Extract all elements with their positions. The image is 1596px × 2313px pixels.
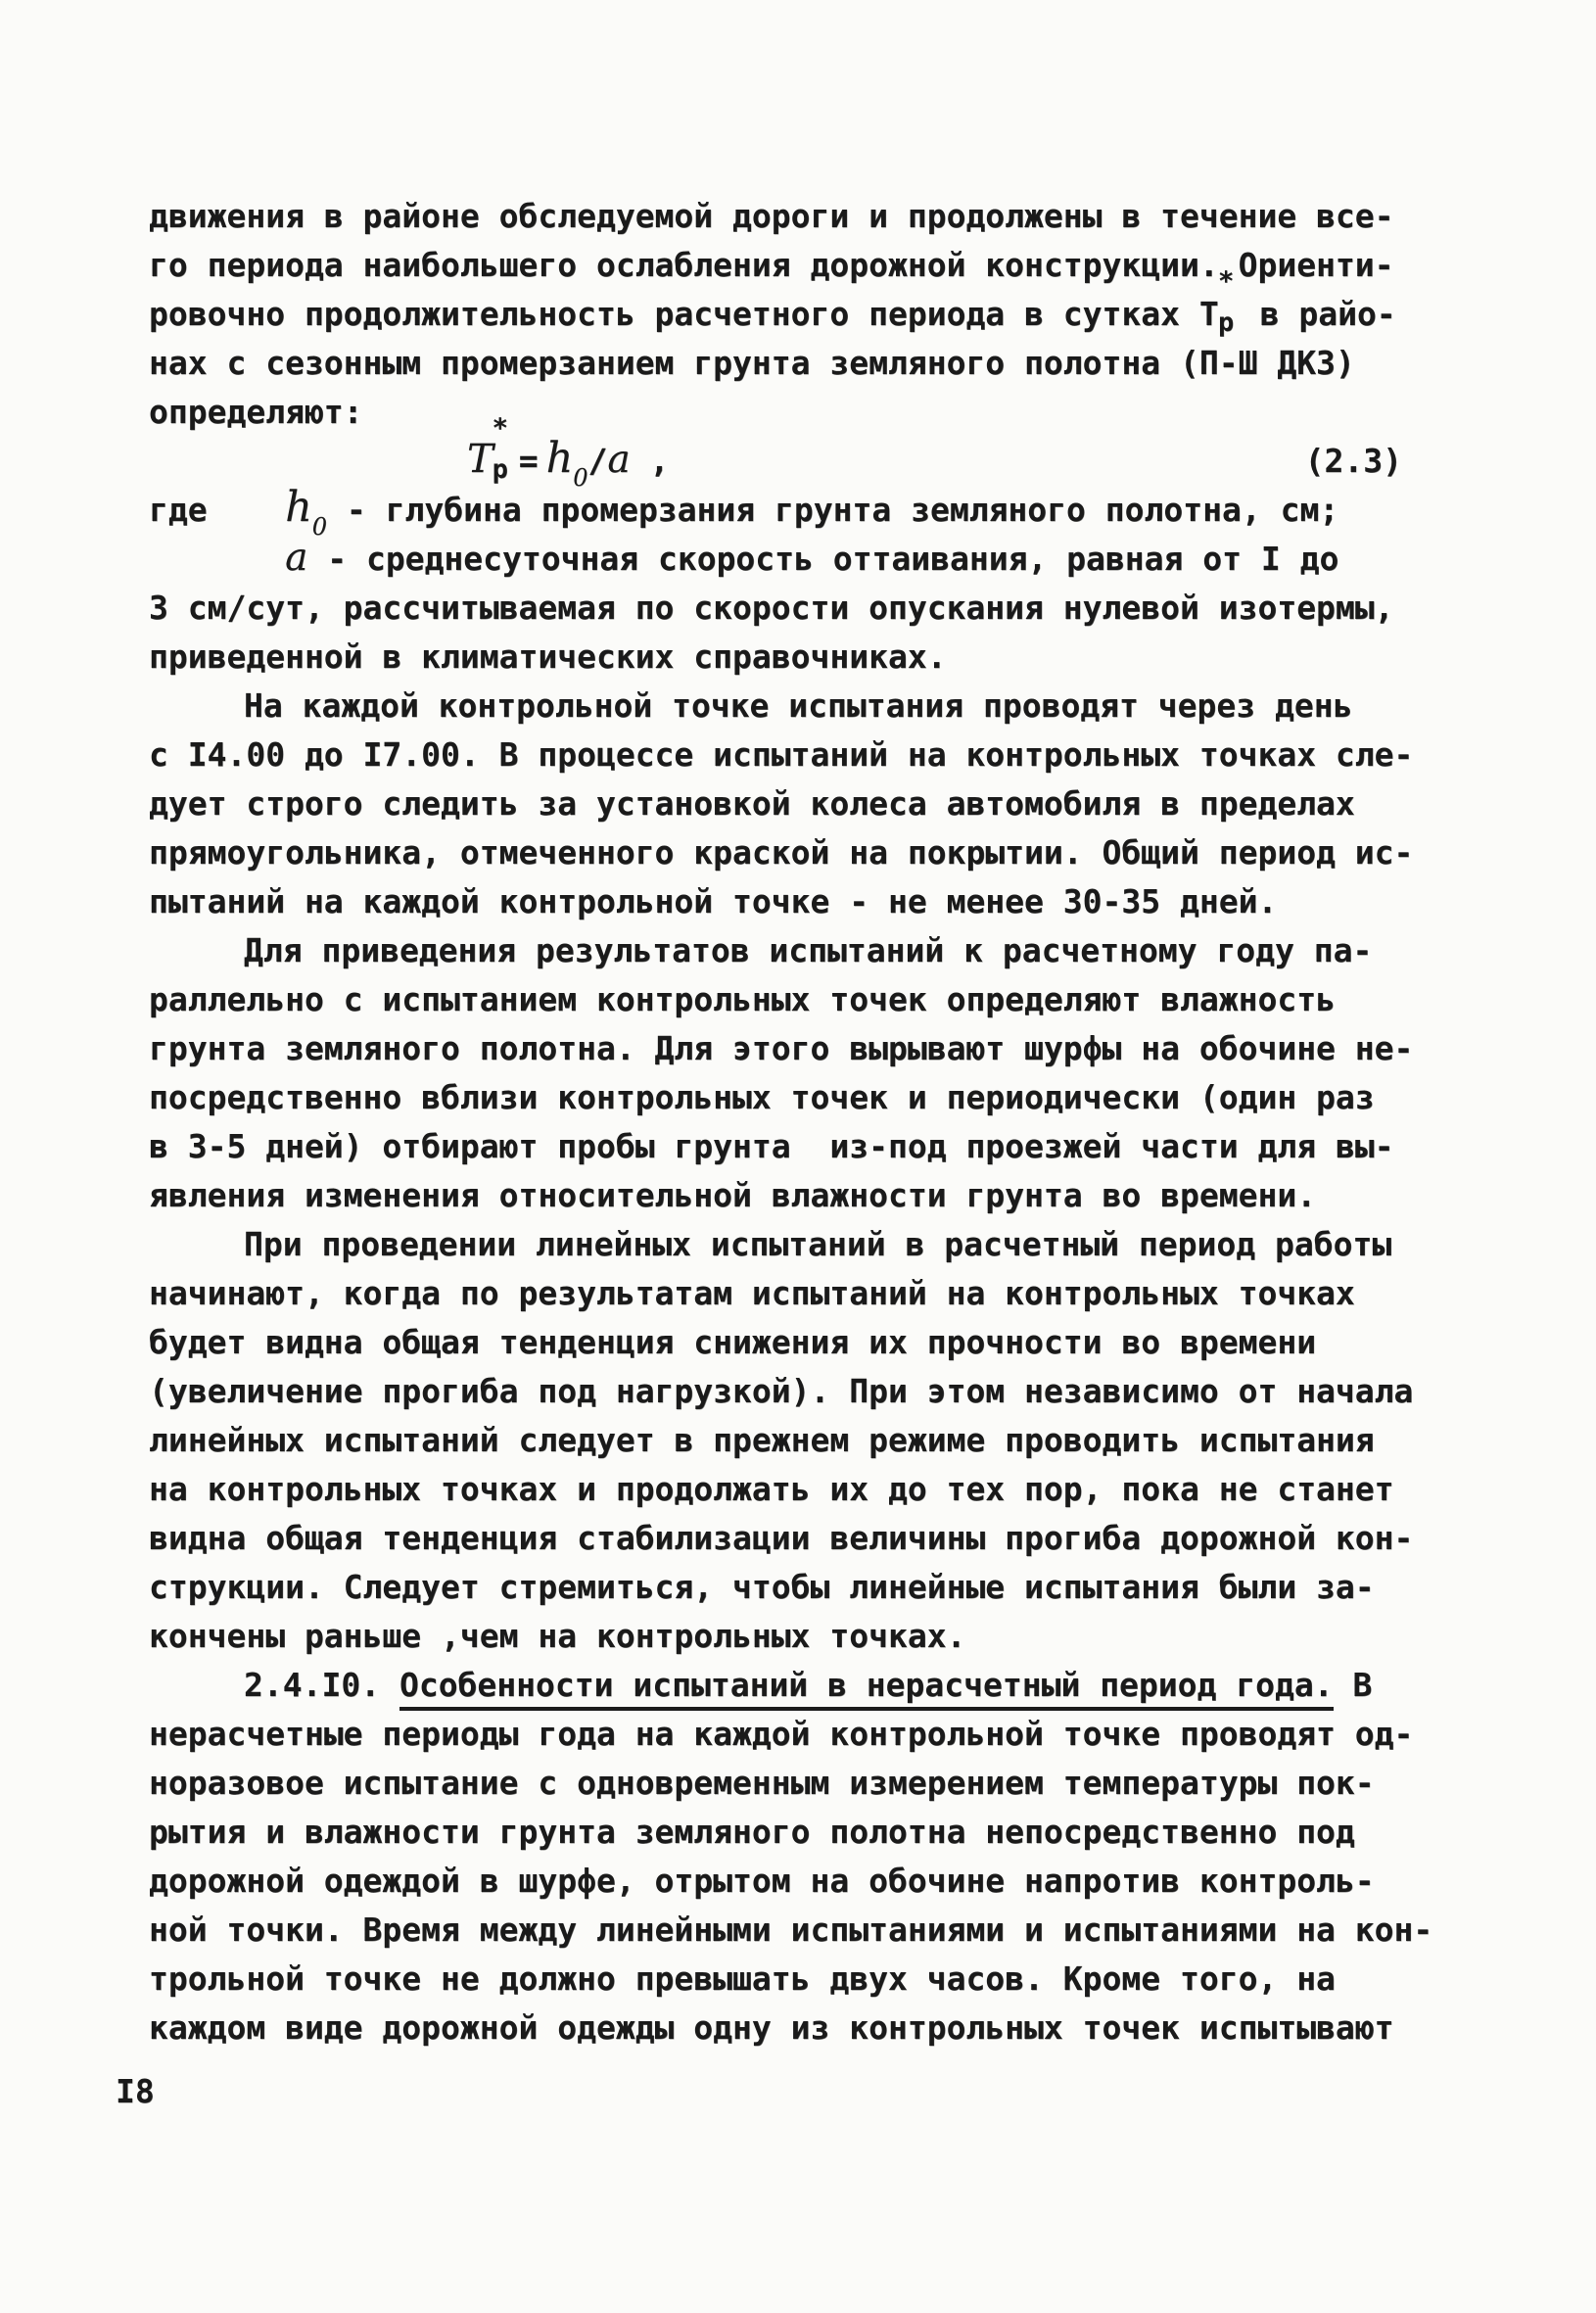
symbol-h0: h0 — [546, 458, 588, 478]
symbol-base: Т — [1199, 295, 1219, 333]
comma: , — [631, 437, 670, 486]
text-line: струкции. Следует стремиться, чтобы лине… — [149, 1563, 1402, 1612]
text-line: с I4.00 до I7.00. В процессе испытаний н… — [149, 731, 1402, 779]
equation-number: (2.3) — [1305, 437, 1402, 486]
asterisk-superscript: * — [1218, 268, 1234, 295]
text-run: 2.4.I0. — [244, 1666, 399, 1704]
text-line: приведенной в климатических справочниках… — [149, 633, 1402, 682]
document-page: движения в районе обследуемой дороги и п… — [0, 0, 1596, 2313]
text-line: дует строго следить за установкой колеса… — [149, 779, 1402, 828]
text-run — [149, 540, 285, 578]
text-run: где — [149, 491, 285, 529]
text-line: (увеличение прогиба под нагрузкой). При … — [149, 1367, 1402, 1416]
symbol-h0: h0 — [285, 483, 327, 532]
text-run: В — [1334, 1666, 1373, 1704]
p-subscript: р — [1218, 309, 1234, 336]
text-line: При проведении линейных испытаний в расч… — [149, 1220, 1402, 1269]
text-line: нерасчетные периоды года на каждой контр… — [149, 1710, 1402, 1759]
text-line: прямоугольника, отмеченного краской на п… — [149, 828, 1402, 877]
text-line: в 3-5 дней) отбирают пробы грунта из-под… — [149, 1122, 1402, 1171]
text-run: ровочно продолжительность расчетного пер… — [149, 295, 1199, 333]
text-line: начинают, когда по результатам испытаний… — [149, 1269, 1402, 1318]
text-line: будет видна общая тенденция снижения их … — [149, 1318, 1402, 1367]
symbol-T-sup-sub: Т*р — [1199, 290, 1219, 339]
text-line: видна общая тенденция стабилизации велич… — [149, 1514, 1402, 1563]
text-line: ровочно продолжительность расчетного пер… — [149, 290, 1402, 339]
text-line: на контрольных точках и продолжать их до… — [149, 1465, 1402, 1514]
text-line: На каждой контрольной точке испытания пр… — [149, 682, 1402, 731]
text-line: норазовое испытание с одновременным изме… — [149, 1759, 1402, 1808]
text-line: грунта земляного полотна. Для этого выры… — [149, 1024, 1402, 1073]
slash: / — [588, 437, 608, 486]
text-run: - глубина промерзания грунта земляного п… — [327, 491, 1338, 529]
text-line: определяют: — [149, 388, 1402, 437]
text-line: ной точки. Время между линейными испытан… — [149, 1906, 1402, 1955]
page-number: I8 — [116, 2074, 155, 2109]
text-line: a - среднесуточная скорость оттаивания, … — [149, 535, 1402, 584]
text-run: в райо- — [1241, 295, 1396, 333]
text-block: движения в районе обследуемой дороги и п… — [149, 192, 1402, 2053]
text-line: 3 см/сут, рассчитываемая по скорости опу… — [149, 584, 1402, 633]
text-line: раллельно с испытанием контрольных точек… — [149, 975, 1402, 1024]
text-run: - среднесуточная скорость оттаивания, ра… — [307, 540, 1338, 578]
text-line: рытия и влажности грунта земляного полот… — [149, 1808, 1402, 1857]
equals-sign: = — [519, 437, 539, 486]
text-line: посредственно вблизи контрольных точек и… — [149, 1073, 1402, 1122]
text-line: дорожной одеждой в шурфе, отрытом на обо… — [149, 1857, 1402, 1906]
text-line: каждом виде дорожной одежды одну из конт… — [149, 2004, 1402, 2053]
symbol-a: a — [285, 536, 307, 580]
text-line: го периода наибольшего ослабления дорожн… — [149, 241, 1402, 290]
p-subscript: р — [493, 456, 508, 483]
text-line: явления изменения относительной влажност… — [149, 1171, 1402, 1220]
text-line: где h0 - глубина промерзания грунта земл… — [149, 486, 1402, 535]
text-line: трольной точке не должно превышать двух … — [149, 1955, 1402, 2004]
text-line: пытаний на каждой контрольной точке - не… — [149, 877, 1402, 926]
formula-T-sup-sub: Т*р — [467, 437, 493, 486]
symbol-base: Т — [467, 437, 493, 482]
text-line: нах с сезонным промерзанием грунта земля… — [149, 339, 1402, 388]
text-line: кончены раньше ,чем на контрольных точка… — [149, 1612, 1402, 1661]
section-heading-underlined: Особенности испытаний в нерасчетный пери… — [399, 1666, 1334, 1711]
text-line: 2.4.I0. Особенности испытаний в нерасчет… — [149, 1661, 1402, 1710]
text-line: движения в районе обследуемой дороги и п… — [149, 192, 1402, 241]
text-line: Для приведения результатов испытаний к р… — [149, 926, 1402, 975]
text-line: линейных испытаний следует в прежнем реж… — [149, 1416, 1402, 1465]
formula-line: Т*р=h0/a ,(2.3) — [149, 437, 1402, 486]
asterisk-superscript: * — [493, 415, 508, 442]
